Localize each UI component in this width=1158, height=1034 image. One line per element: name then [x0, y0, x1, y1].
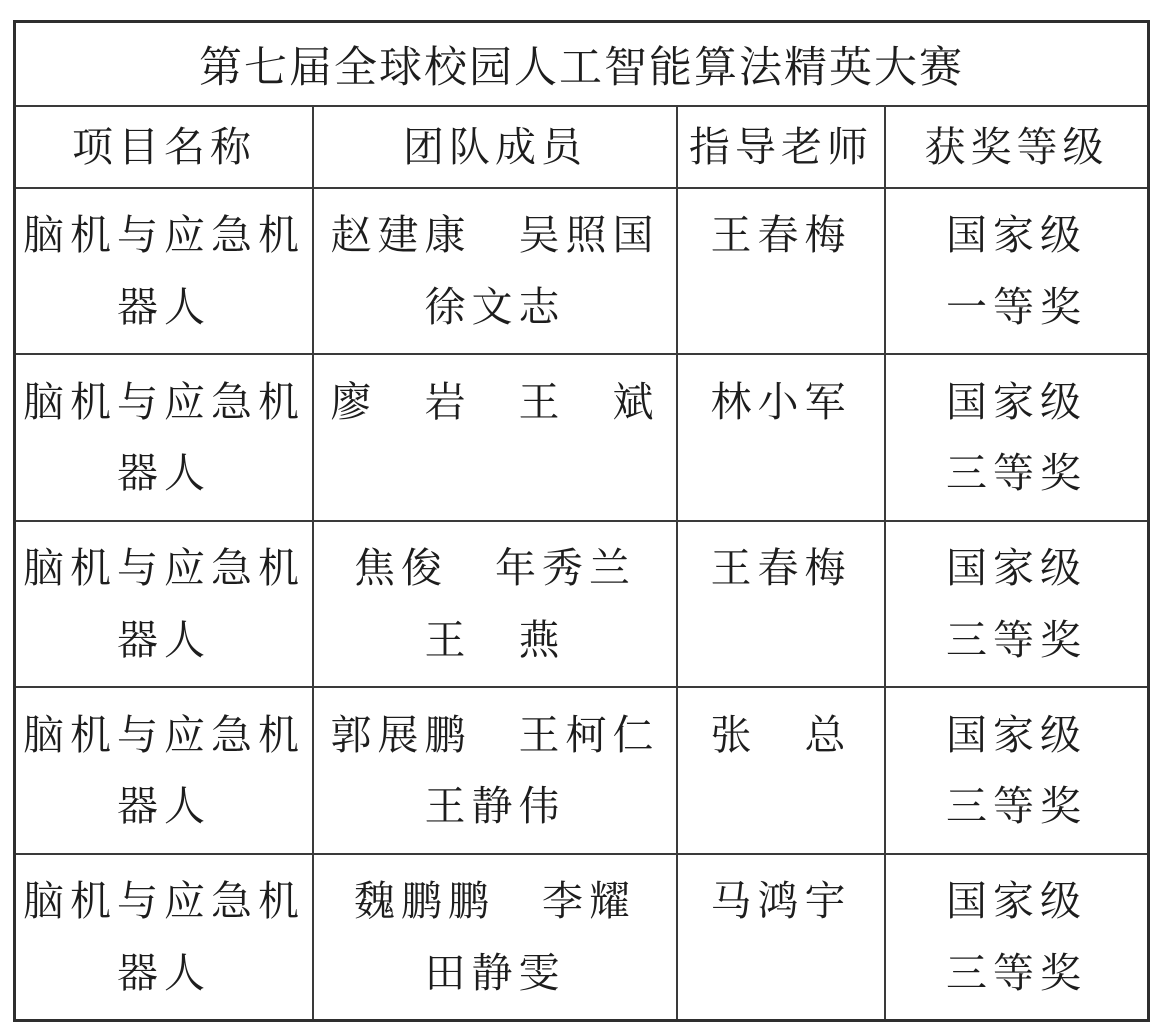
award-line: 三等奖 — [946, 781, 1087, 831]
members-line: 赵建康 吴照国 — [331, 210, 660, 260]
cell-award: 国家级 一等奖 — [886, 189, 1147, 353]
column-header-label: 项目名称 — [72, 121, 256, 173]
cell-project: 脑机与应急机 器人 — [16, 355, 312, 519]
cell-members: 魏鹏鹏 李耀 田静雯 — [314, 855, 676, 1019]
cell-members: 郭展鹏 王柯仁 王静伟 — [314, 688, 676, 852]
cell-award: 国家级 三等奖 — [886, 855, 1147, 1019]
award-line: 三等奖 — [946, 948, 1087, 998]
cell-teacher: 张 总 — [678, 688, 884, 852]
award-line: 国家级 — [946, 710, 1087, 760]
cell-project: 脑机与应急机 器人 — [16, 522, 312, 686]
members-line: 魏鹏鹏 李耀 — [354, 876, 636, 926]
column-header-teacher: 指导老师 — [678, 107, 884, 187]
members-line: 焦俊 年秀兰 — [354, 543, 636, 593]
project-line: 脑机与应急机 — [23, 876, 305, 926]
cell-members: 焦俊 年秀兰 王 燕 — [314, 522, 676, 686]
teacher-line: 马鸿宇 — [711, 876, 852, 926]
members-line: 田静雯 — [425, 948, 566, 998]
table-title: 第七届全球校园人工智能算法精英大赛 — [16, 23, 1147, 105]
cell-award: 国家级 三等奖 — [886, 688, 1147, 852]
cell-project: 脑机与应急机 器人 — [16, 855, 312, 1019]
award-line: 国家级 — [946, 876, 1087, 926]
cell-teacher: 王春梅 — [678, 522, 884, 686]
teacher-line: 王春梅 — [711, 210, 852, 260]
members-line: 王 燕 — [425, 615, 566, 665]
cell-teacher: 林小军 — [678, 355, 884, 519]
cell-teacher: 马鸿宇 — [678, 855, 884, 1019]
cell-award: 国家级 三等奖 — [886, 522, 1147, 686]
members-line: 郭展鹏 王柯仁 — [331, 710, 660, 760]
project-line: 器人 — [117, 448, 211, 498]
project-line: 器人 — [117, 781, 211, 831]
document-page: 第七届全球校园人工智能算法精英大赛 项目名称 团队成员 指导老师 获奖等级 脑机… — [0, 0, 1158, 1034]
project-line: 器人 — [117, 948, 211, 998]
column-header-project: 项目名称 — [16, 107, 312, 187]
teacher-line: 张 总 — [711, 710, 852, 760]
cell-project: 脑机与应急机 器人 — [16, 189, 312, 353]
project-line: 脑机与应急机 — [23, 210, 305, 260]
column-header-label: 指导老师 — [689, 121, 873, 173]
column-header-members: 团队成员 — [314, 107, 676, 187]
cell-members: 廖 岩 王 斌 — [314, 355, 676, 519]
award-table: 第七届全球校园人工智能算法精英大赛 项目名称 团队成员 指导老师 获奖等级 脑机… — [13, 20, 1150, 1022]
cell-project: 脑机与应急机 器人 — [16, 688, 312, 852]
award-line: 国家级 — [946, 543, 1087, 593]
cell-award: 国家级 三等奖 — [886, 355, 1147, 519]
members-line: 王静伟 — [425, 781, 566, 831]
project-line: 器人 — [117, 282, 211, 332]
teacher-line: 王春梅 — [711, 543, 852, 593]
award-line: 国家级 — [946, 210, 1087, 260]
column-header-label: 团队成员 — [403, 121, 587, 173]
members-line: 廖 岩 王 斌 — [331, 377, 660, 427]
cell-teacher: 王春梅 — [678, 189, 884, 353]
award-line: 三等奖 — [946, 615, 1087, 665]
project-line: 脑机与应急机 — [23, 543, 305, 593]
project-line: 器人 — [117, 615, 211, 665]
award-line: 三等奖 — [946, 448, 1087, 498]
column-header-label: 获奖等级 — [925, 121, 1109, 173]
cell-members: 赵建康 吴照国 徐文志 — [314, 189, 676, 353]
members-line: 徐文志 — [425, 282, 566, 332]
award-line: 国家级 — [946, 377, 1087, 427]
award-line: 一等奖 — [946, 282, 1087, 332]
project-line: 脑机与应急机 — [23, 710, 305, 760]
project-line: 脑机与应急机 — [23, 377, 305, 427]
column-header-award: 获奖等级 — [886, 107, 1147, 187]
teacher-line: 林小军 — [711, 377, 852, 427]
